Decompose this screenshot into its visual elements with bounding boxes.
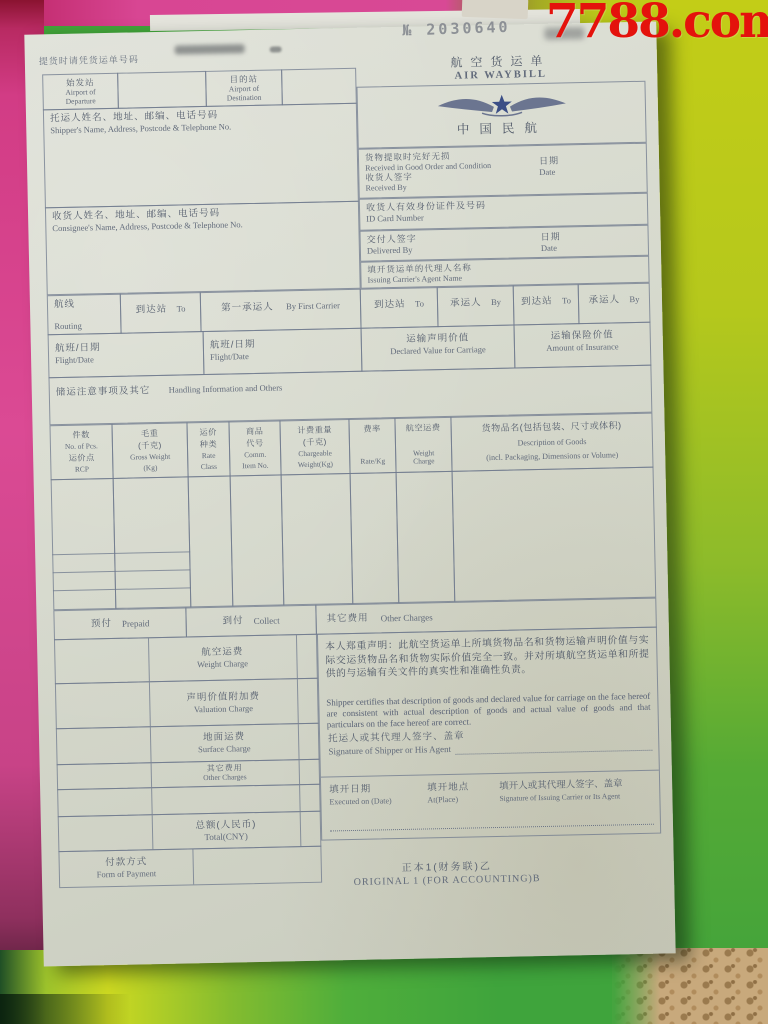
goods-col-description: 货物品名(包括包装、尺寸或体积) Description of Goods (i… <box>450 413 653 472</box>
goods-col-gross-weight: 毛重 (千克) Gross Weight (Kg) <box>111 422 188 479</box>
tape-smudge <box>270 46 282 52</box>
routing-to3-cell: 到达站 To <box>513 284 580 325</box>
goods-col-chargeable-weight: 计费重量 (千克) Chargeable Weight(Kg) <box>279 419 350 475</box>
received-section: 货物提取时完好无损 Received in Good Order and Con… <box>358 143 648 199</box>
dotted-line <box>455 740 652 755</box>
declaration-en: Shipper certifies that description of go… <box>326 691 651 731</box>
charge-surface-cn: 地面运费 <box>203 732 245 745</box>
routing-to1-cell: 到达站 To <box>120 292 202 334</box>
declared-value-cell: 运输声明价值 Declared Value for Carriage <box>361 325 516 372</box>
col-label: Class <box>201 463 217 471</box>
declared-en: Declared Value for Carriage <box>362 343 514 356</box>
routing-en: Routing <box>54 320 114 331</box>
airport-destination-cn: 目的站 <box>229 74 258 85</box>
col-label: Rate/Kg <box>360 457 385 466</box>
charge-row-weight: 航空运费 Weight Charge <box>54 634 318 684</box>
issuer-signature-en: Signature of Issuing Carrier or Its Agen… <box>499 791 620 803</box>
declaration-cn: 本人郑重声明：此航空货运单上所填货物品名和货物运输声明价值与实际交运货物品名和货… <box>325 634 650 681</box>
prepaid-cn: 预付 <box>91 618 112 630</box>
background-shadow-corner <box>0 994 130 1024</box>
goods-col-comm-item: 商品 代号 Comm. Item No. <box>228 420 281 476</box>
declaration-block: 本人郑重声明：此航空货运单上所填货物品名和货物运输声明价值与实际交运货物品名和货… <box>317 627 661 841</box>
col-label: 计费重量 <box>297 425 332 435</box>
to-cn: 到达站 <box>521 296 553 308</box>
issuer-signature-cn: 填开人或其代理人签字、盖章 <box>499 778 623 792</box>
handling-cn: 储运注意事项及其它 <box>56 385 151 398</box>
goods-body-cell <box>281 473 354 605</box>
col-label: (千克) <box>138 441 162 451</box>
airport-departure-cn: 始发站 <box>66 77 95 88</box>
routing-cell: 航线 Routing <box>47 294 122 336</box>
goods-body-cell <box>396 471 456 603</box>
col-label: No. of Pcs. <box>65 442 98 451</box>
flight-date-cell-2: 航班/日期 Flight/Date <box>203 328 363 375</box>
goods-body-cell <box>452 467 657 602</box>
goods-body-cell <box>188 475 234 607</box>
airport-departure-value-cell <box>117 71 207 109</box>
charge-label: 声明价值附加费 Valuation Charge <box>149 679 298 726</box>
col-label: 代号 <box>246 439 264 448</box>
col-label: (Kg) <box>143 464 157 472</box>
carrier1-cell: 承运人 By <box>437 286 515 328</box>
charge-label: 地面运费 Surface Charge <box>150 724 299 762</box>
prepaid-en: Prepaid <box>122 618 150 629</box>
received-date-block: 日期 Date <box>539 156 559 178</box>
payment-form-label: 付款方式 Form of Payment <box>59 849 193 887</box>
insurance-en: Amount of Insurance <box>515 341 650 354</box>
payment-en: Form of Payment <box>97 868 157 879</box>
exec-date-cn: 填开日期 <box>329 784 371 797</box>
photo-scene: 提货时请凭货运单号码 № 2030640 始发站 Airport of Depa… <box>0 0 768 1024</box>
routing-cn: 航线 <box>54 298 114 311</box>
torn-paper-piece <box>462 0 529 19</box>
collect-cell: 到付 Collect <box>185 605 317 638</box>
col-label: RCP <box>75 465 89 473</box>
payment-cn: 付款方式 <box>105 857 147 870</box>
airport-departure-en2: Departure <box>66 97 96 107</box>
airport-departure-label-cell: 始发站 Airport of Departure <box>42 73 119 111</box>
site-watermark: 7788.com <box>546 0 768 49</box>
delivered-date-block: 日期 Date <box>541 232 561 254</box>
first-carrier-cn: 第一承运人 <box>221 302 274 314</box>
goods-col-weight-charge: 航空运费 Weight Charge <box>394 417 452 473</box>
airline-name: 中国民航 <box>457 121 547 139</box>
charge-surface-en: Surface Charge <box>198 743 251 754</box>
col-label: 件数 <box>72 430 90 439</box>
charge-weight-cn: 航空运费 <box>201 647 243 660</box>
date-label-en: Date <box>539 167 559 178</box>
charge-label: 航空运费 Weight Charge <box>148 635 297 681</box>
collect-cn: 到付 <box>223 615 244 627</box>
shipper-signature-en: Signature of Shipper or His Agent <box>328 744 451 757</box>
charge-weight-en: Weight Charge <box>197 659 248 670</box>
to-en: To <box>562 295 571 305</box>
handling-en: Handling Information and Others <box>169 382 283 394</box>
to-cn: 到达站 <box>374 299 406 311</box>
airport-destination-en2: Destination <box>227 93 262 103</box>
col-label: 运价点 <box>69 453 95 463</box>
total-en: Total(CNY) <box>204 831 248 843</box>
col-label: Comm. <box>244 451 266 460</box>
prepaid-cell: 预付 Prepaid <box>53 607 187 640</box>
goods-body-cell <box>230 474 285 606</box>
exec-date-en: Executed on (Date) <box>329 796 391 807</box>
first-carrier-en: By First Carrier <box>286 300 340 311</box>
first-carrier-cell: 第一承运人 By First Carrier <box>200 289 362 332</box>
collect-en: Collect <box>254 615 280 626</box>
goods-col-rate-class: 运价 种类 Rate Class <box>186 422 230 478</box>
shipper-section: 托运人姓名、地址、邮编、电话号码 Shipper's Name, Address… <box>43 103 359 209</box>
flight-date-cell-1: 航班/日期 Flight/Date <box>48 331 205 378</box>
col-label: Description of Goods <box>517 438 586 448</box>
airport-destination-value-cell <box>281 68 357 106</box>
date-label-cn: 日期 <box>541 232 561 244</box>
goods-col-pieces: 件数 No. of Pcs. 运价点 RCP <box>49 424 113 480</box>
serial-number-stamp: № 2030640 <box>402 18 511 40</box>
divider <box>321 770 659 778</box>
tape-smudge <box>175 44 245 54</box>
flight-en: Flight/Date <box>210 349 355 362</box>
top-note: 提货时请凭货运单号码 <box>39 54 139 67</box>
carrier2-cell: 承运人 By <box>578 283 651 324</box>
goods-body-cell <box>350 472 400 604</box>
col-label: Item No. <box>242 462 268 471</box>
col-label: Rate <box>202 452 216 460</box>
routing-to2-cell: 到达站 To <box>360 287 439 329</box>
to-cn: 到达站 <box>136 304 168 316</box>
col-label: 毛重 <box>141 429 159 438</box>
col-label: (千克) <box>303 437 327 447</box>
airline-logo-cell: 中国民航 <box>356 81 646 149</box>
col-label: 种类 <box>200 440 218 449</box>
exec-place-en: At(Place) <box>427 795 458 805</box>
charge-row-valuation: 声明价值附加费 Valuation Charge <box>55 678 319 729</box>
charge-label: 总额(人民币) Total(CNY) <box>152 812 301 849</box>
flight-en: Flight/Date <box>55 352 197 365</box>
carrier-cn: 承运人 <box>450 297 482 309</box>
col-label: Chargeable <box>298 449 332 458</box>
col-label: Gross Weight <box>130 453 170 462</box>
col-label: (incl. Packaging, Dimensions or Volume) <box>486 451 618 463</box>
col-label: 运价 <box>199 428 217 437</box>
charge-other-en: Other Charges <box>203 773 247 782</box>
date-label-cn: 日期 <box>539 156 559 168</box>
carrier-en: By <box>491 297 501 307</box>
col-label-en-group: Weight Charge <box>413 449 435 466</box>
caac-wings-star-icon <box>431 90 572 119</box>
carrier-cn: 承运人 <box>588 294 620 306</box>
carrier-en: By <box>629 294 639 304</box>
other-charges-cn: 其它费用 <box>326 613 368 626</box>
airport-destination-label-cell: 目的站 Airport of Destination <box>205 69 283 107</box>
divider <box>299 785 301 811</box>
col-label: Charge <box>413 457 434 466</box>
goods-col-rate: 费率 Rate/Kg <box>348 418 396 474</box>
col-label: 货物品名(包括包装、尺寸或体积) <box>482 422 622 435</box>
consignee-section: 收货人姓名、地址、邮编、电话号码 Consignee's Name, Addre… <box>45 201 361 296</box>
col-label: Weight(Kg) <box>298 460 333 469</box>
other-charges-en: Other Charges <box>381 612 433 624</box>
divider <box>151 788 153 814</box>
date-label-en: Date <box>541 243 561 254</box>
to-en: To <box>177 303 186 313</box>
col-label: 费率 <box>363 424 381 433</box>
exec-place-cn: 填开地点 <box>427 782 469 795</box>
charge-label: 其它费用 Other Charges <box>151 760 299 787</box>
charge-valuation-en: Valuation Charge <box>194 703 253 714</box>
col-label: 商品 <box>246 427 264 436</box>
air-waybill-document: 提货时请凭货运单号码 № 2030640 始发站 Airport of Depa… <box>24 21 675 966</box>
insurance-cell: 运输保险价值 Amount of Insurance <box>513 322 651 369</box>
dotted-line <box>330 814 654 832</box>
to-en: To <box>415 298 424 308</box>
col-label: 航空运费 <box>406 423 441 433</box>
